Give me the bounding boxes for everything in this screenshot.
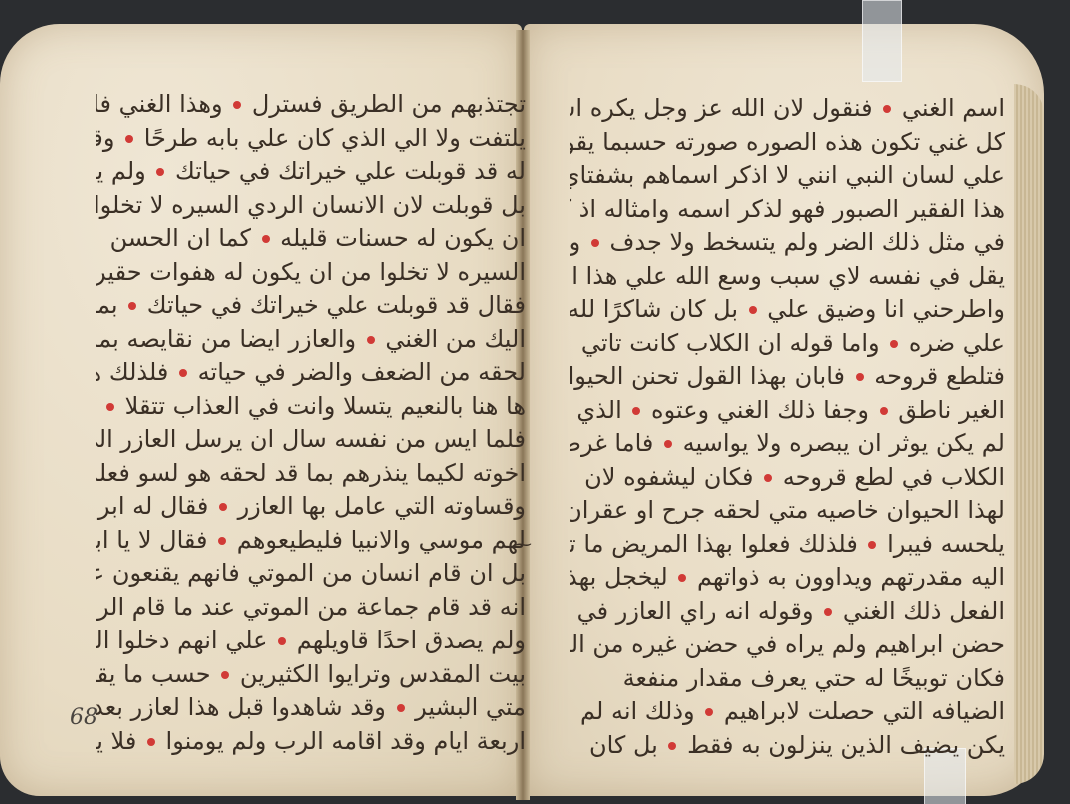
rubric-dot: [219, 503, 227, 511]
text-line: ها هنا بالنعيم يتسلا وانت في العذاب تتقل…: [96, 390, 526, 424]
text-line: الكلاب في لطع قروحه فكان ليشفوه لان: [570, 461, 1005, 495]
rubric-dot: [883, 105, 891, 113]
text-line: في مثل ذلك الضر ولم يتسخط ولا جدف ولم: [570, 226, 1005, 260]
text-line: فتلطع قروحه فابان بهذا القول تحنن الحيوا…: [570, 360, 1005, 394]
text-line: بيت المقدس وترايوا الكثيرين حسب ما يقول: [96, 658, 526, 692]
text-line: بل ان قام انسان من الموتي فانهم يقنعون ع…: [96, 557, 526, 591]
rubric-dot: [233, 101, 241, 109]
text-line: علي ضره واما قوله ان الكلاب كانت تاتي: [570, 327, 1005, 361]
text-line: يقل في نفسه لاي سبب وسع الله علي هذا الغ…: [570, 260, 1005, 294]
rubric-dot: [749, 306, 757, 314]
text-line: بل قوبلت لان الانسان الردي السيره لا تخل…: [96, 189, 526, 223]
text-line: تجتذبهم من الطريق فسترل وهذا الغني فلم: [96, 88, 526, 122]
rubric-dot: [278, 637, 286, 645]
rubric-dot: [397, 704, 405, 712]
text-line: الضيافه التي حصلت لابراهيم وذلك انه لم: [570, 695, 1005, 729]
text-line: انه قد قام جماعة من الموتي عند ما قام ال…: [96, 591, 526, 625]
text-line: متي البشير وقد شاهدوا قبل هذا لعازر بعد: [96, 691, 526, 725]
text-line: فكان توبيخًا له حتي يعرف مقدار منفعة: [570, 662, 1005, 696]
folio-number: 68: [70, 705, 98, 730]
text-line: يلتفت ولا الي الذي كان علي بابه طرحًا وق…: [96, 122, 526, 156]
rubric-dot: [632, 407, 640, 415]
rubric-dot: [890, 340, 898, 348]
text-line: علي لسان النبي انني لا اذكر اسماهم بشفتا…: [570, 159, 1005, 193]
clear-tab-top: [862, 0, 902, 82]
gutter-marker: ⁓: [514, 534, 532, 555]
text-line: حضن ابراهيم ولم يراه في حضن غيره من الصد…: [570, 628, 1005, 662]
text-line: فلما ايس من نفسه سال ان يرسل العازر الي: [96, 423, 526, 457]
rubric-dot: [856, 373, 864, 381]
text-line: اليك من الغني والعازر ايضا من نقايصه بما: [96, 323, 526, 357]
rubric-dot: [128, 302, 136, 310]
text-line: وقساوته التي عامل بها العازر فقال له ابر…: [96, 490, 526, 524]
rubric-dot: [367, 336, 375, 344]
text-line: اسم الغني فنقول لان الله عز وجل يكره اسم: [570, 92, 1005, 126]
rubric-dot: [880, 407, 888, 415]
text-line: الفعل ذلك الغني وقوله انه راي العازر في: [570, 595, 1005, 629]
text-line: فقال قد قوبلت علي خيراتك في حياتك بما فو…: [96, 289, 526, 323]
page-edges: [1014, 84, 1044, 784]
text-line: لهم موسي والانبيا فليطيعوهم فقال لا يا ا…: [96, 524, 526, 558]
text-line: واطرحني انا وضيق علي بل كان شاكرًا لله: [570, 293, 1005, 327]
rubric-dot: [868, 541, 876, 549]
text-line: اليه مقدرتهم ويداوون به ذواتهم ليخجل بهذ…: [570, 561, 1005, 595]
rubric-dot: [705, 708, 713, 716]
rubric-dot: [221, 671, 229, 679]
rubric-dot: [106, 403, 114, 411]
rubric-dot: [179, 369, 187, 377]
rubric-dot: [262, 235, 270, 243]
text-line: لحقه من الضعف والضر في حياته فلذلك هو: [96, 356, 526, 390]
text-line: ان يكون له حسنات قليله كما ان الحسن: [96, 222, 526, 256]
text-line: اربعة ايام وقد اقامه الرب ولم يومنوا فلا…: [96, 725, 526, 759]
right-page-text: اسم الغني فنقول لان الله عز وجل يكره اسم…: [570, 92, 1005, 762]
text-line: لهذا الحيوان خاصيه متي لحقه جرح او عقران: [570, 494, 1005, 528]
rubric-dot: [591, 239, 599, 247]
text-line: هذا الفقير الصبور فهو لذكر اسمه وامثاله …: [570, 193, 1005, 227]
rubric-dot: [764, 474, 772, 482]
text-line: ولم يصدق احدًا قاويلهم علي انهم دخلوا ال…: [96, 624, 526, 658]
text-line: اخوته لكيما ينذرهم بما قد لحقه هو لسو فع…: [96, 457, 526, 491]
text-line: له قد قوبلت علي خيراتك في حياتك ولم يقل …: [96, 155, 526, 189]
text-line: يلحسه فيبرا فلذلك فعلوا بهذا المريض ما ت…: [570, 528, 1005, 562]
rubric-dot: [218, 537, 226, 545]
rubric-dot: [156, 168, 164, 176]
rubric-dot: [668, 742, 676, 750]
text-line: لم يكن يوثر ان يبصره ولا يواسيه فاما غرض: [570, 427, 1005, 461]
rubric-dot: [824, 608, 832, 616]
rubric-dot: [664, 440, 672, 448]
text-line: كل غني تكون هذه الصوره صورته حسبما يقول: [570, 126, 1005, 160]
left-page-text: تجتذبهم من الطريق فسترل وهذا الغني فلميل…: [96, 88, 526, 758]
text-line: السيره لا تخلوا من ان يكون له هفوات حقير…: [96, 256, 526, 290]
text-line: يكن يضيف الذين ينزلون به فقط بل كان: [570, 729, 1005, 763]
rubric-dot: [678, 574, 686, 582]
text-line: الغير ناطق وجفا ذلك الغني وعتوه الذي: [570, 394, 1005, 428]
rubric-dot: [147, 738, 155, 746]
rubric-dot: [125, 135, 133, 143]
